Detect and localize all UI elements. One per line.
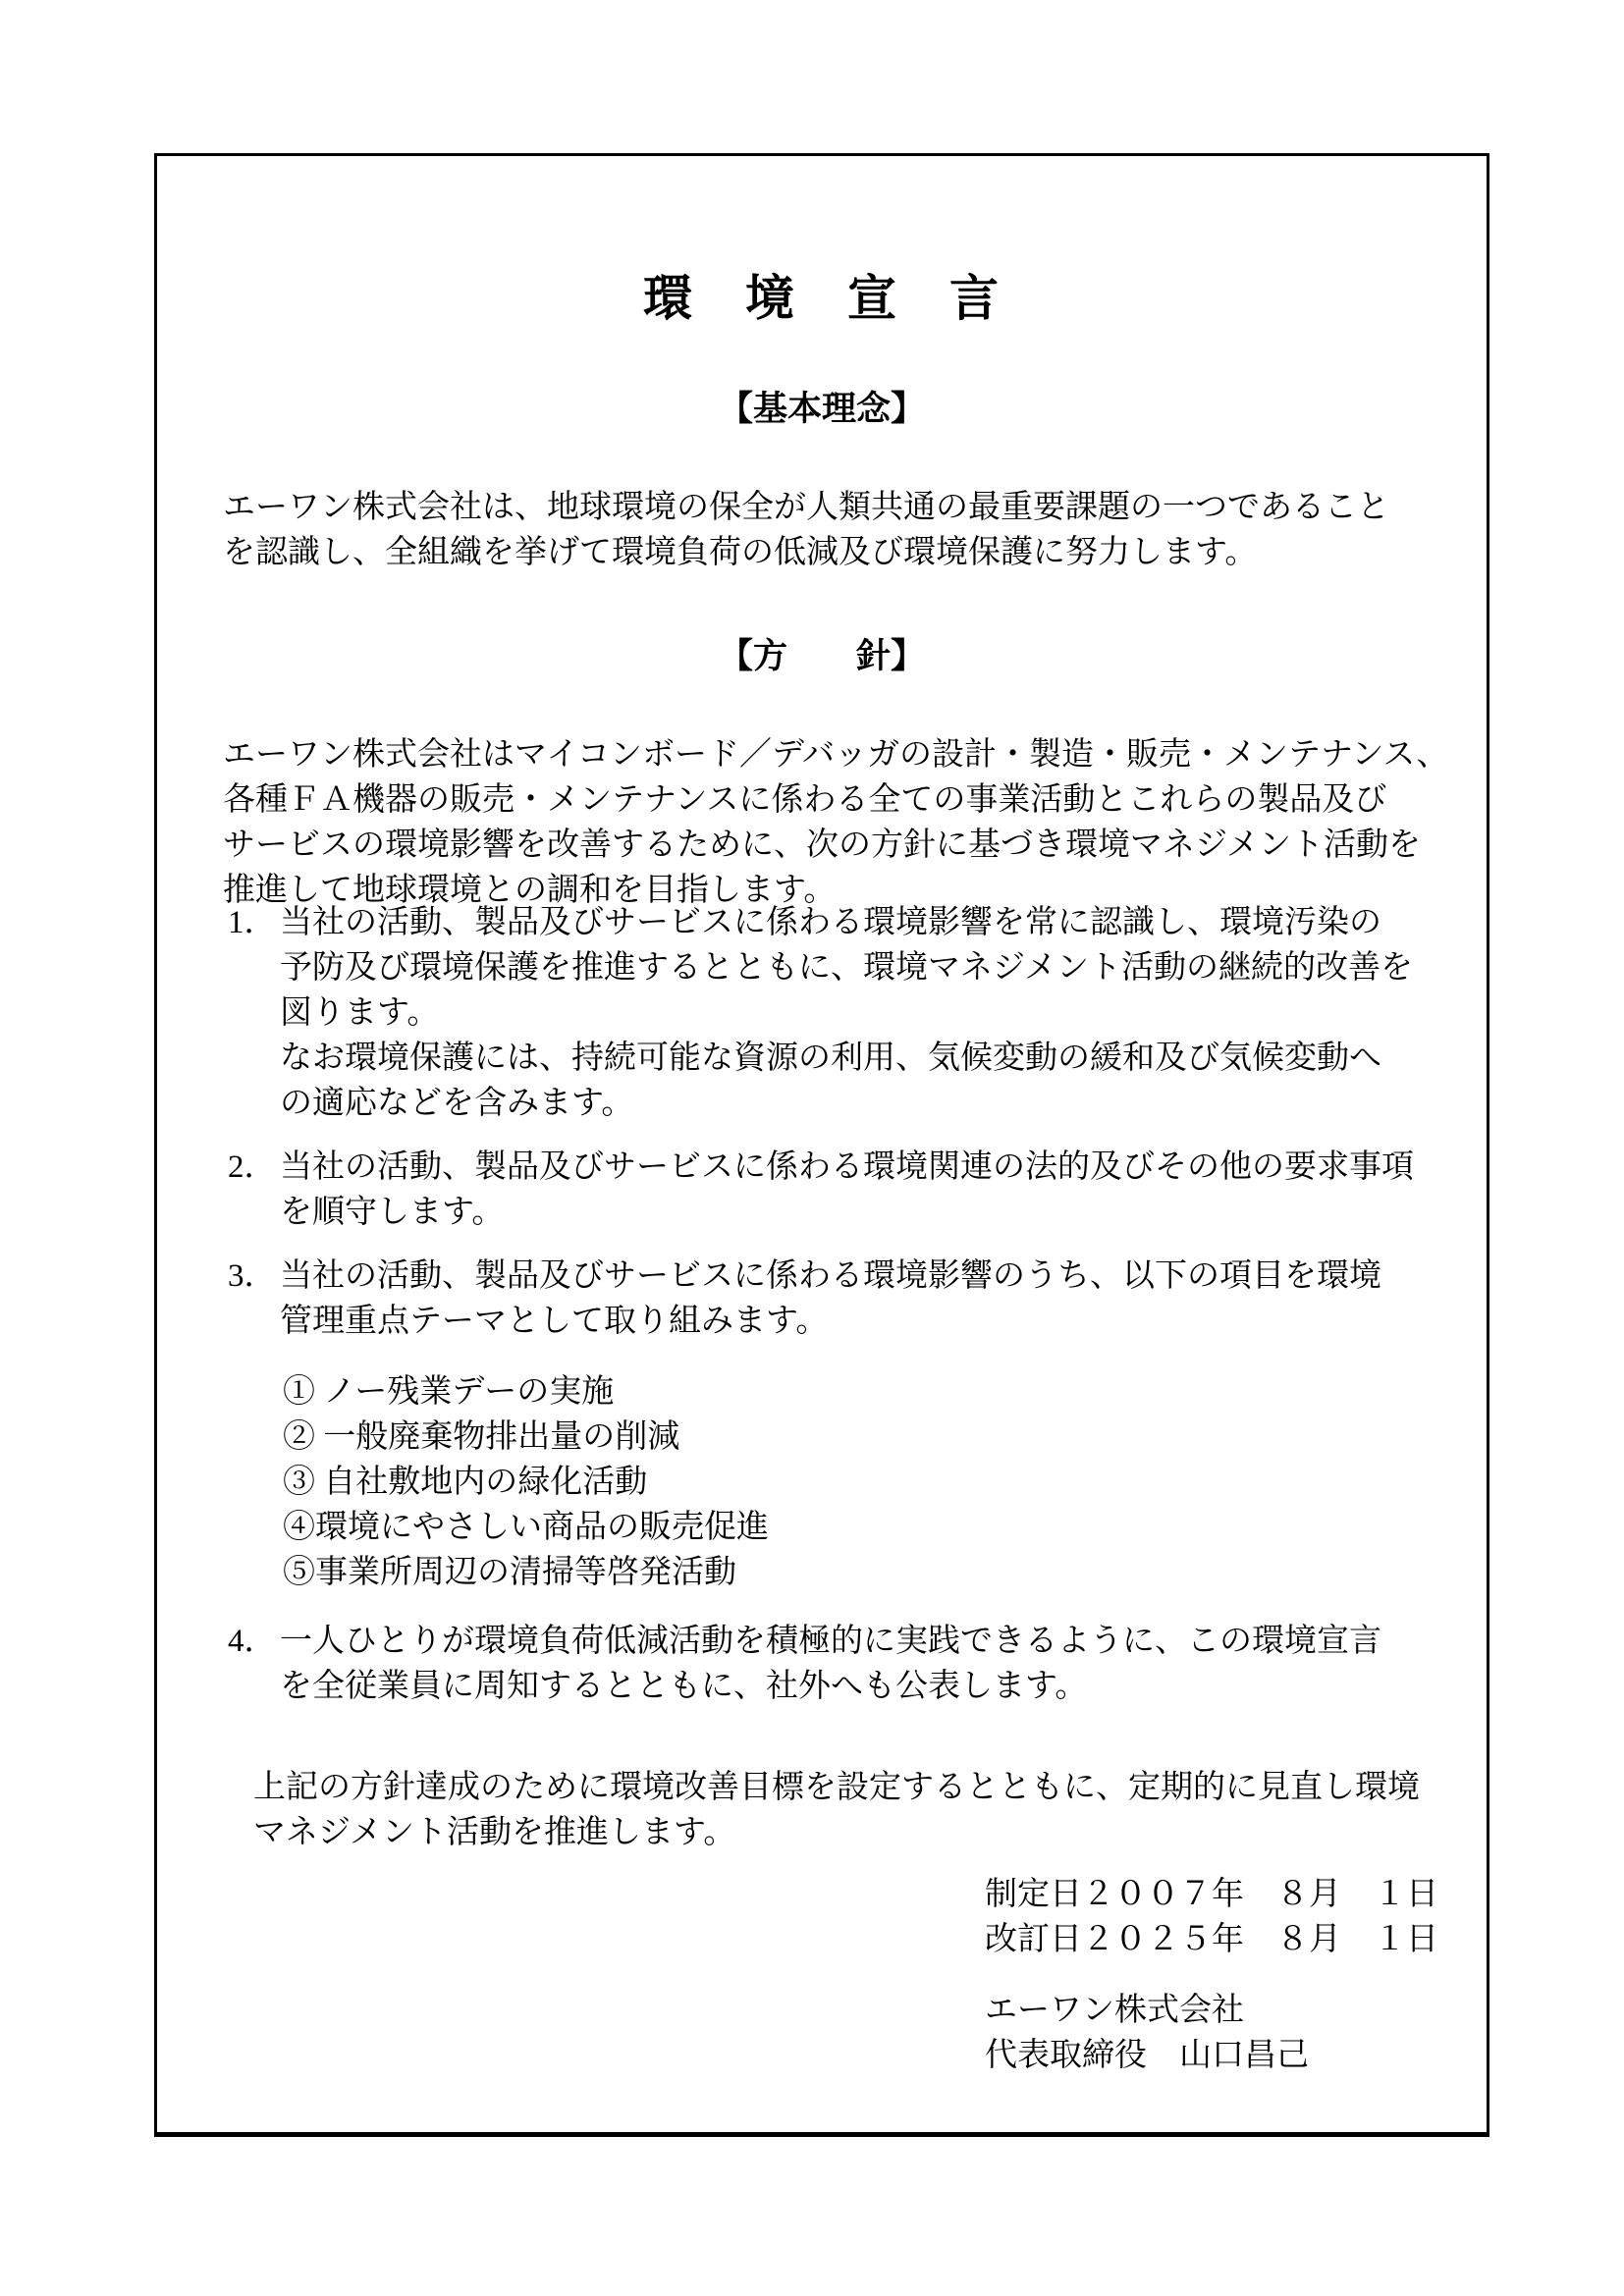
representative-name: 代表取締役 山口昌己	[985, 2033, 1309, 2078]
policy-item-3-number: 3．	[228, 1254, 280, 1299]
policy-item-1: 1． 当社の活動、製品及びサービスに係わる環境影響を常に認識し、環境汚染の 予防…	[228, 900, 1455, 1126]
revised-date: 改訂日２０２５年 ８月 １日	[985, 1917, 1438, 1962]
policy-item-2: 2． 当社の活動、製品及びサービスに係わる環境関連の法的及びその他の要求事項 を…	[228, 1145, 1455, 1235]
focus-item-3: ③ 自社敷地内の緑化活動	[283, 1460, 1363, 1505]
policy-item-3: 3． 当社の活動、製品及びサービスに係わる環境影響のうち、以下の項目を環境 管理…	[228, 1254, 1455, 1344]
policy-intro-paragraph: エーワン株式会社はマイコンボード／デバッガの設計・製造・販売・メンテナンス、 各…	[223, 732, 1470, 913]
policy-item-3-text: 当社の活動、製品及びサービスに係わる環境影響のうち、以下の項目を環境 管理重点テ…	[280, 1254, 1455, 1344]
document-page: 環 境 宣 言 【基本理念】 エーワン株式会社は、地球環境の保全が人類共通の最重…	[0, 0, 1624, 2296]
principle-paragraph: エーワン株式会社は、地球環境の保全が人類共通の最重要課題の一つであること を認識…	[223, 485, 1470, 575]
focus-item-2: ② 一般廃棄物排出量の削減	[283, 1415, 1363, 1460]
policy-heading: 【方 針】	[154, 632, 1489, 681]
policy-item-1-text: 当社の活動、製品及びサービスに係わる環境影響を常に認識し、環境汚染の 予防及び環…	[280, 900, 1455, 1126]
document-title: 環 境 宣 言	[154, 267, 1489, 330]
policy-item-4-text: 一人ひとりが環境負荷低減活動を積極的に実践できるように、この環境宣言 を全従業員…	[280, 1619, 1455, 1709]
company-name: エーワン株式会社	[985, 1988, 1309, 2033]
policy-item-4: 4． 一人ひとりが環境負荷低減活動を積極的に実践できるように、この環境宣言 を全…	[228, 1619, 1455, 1709]
date-block: 制定日２００７年 ８月 １日 改訂日２０２５年 ８月 １日	[985, 1872, 1438, 1962]
established-date: 制定日２００７年 ８月 １日	[985, 1872, 1438, 1917]
policy-item-1-number: 1．	[228, 900, 280, 945]
principle-heading: 【基本理念】	[154, 385, 1489, 434]
policy-item-4-number: 4．	[228, 1619, 280, 1664]
focus-item-1: ① ノー残業デーの実施	[283, 1369, 1363, 1415]
policy-item-2-number: 2．	[228, 1145, 280, 1190]
focus-item-4: ④環境にやさしい商品の販売促進	[283, 1505, 1363, 1550]
policy-item-2-text: 当社の活動、製品及びサービスに係わる環境関連の法的及びその他の要求事項 を順守し…	[280, 1145, 1455, 1235]
focus-theme-list: ① ノー残業デーの実施 ② 一般廃棄物排出量の削減 ③ 自社敷地内の緑化活動 ④…	[283, 1369, 1363, 1595]
signature-block: エーワン株式会社 代表取締役 山口昌己	[985, 1988, 1309, 2078]
focus-item-5: ⑤事業所周辺の清掃等啓発活動	[283, 1550, 1363, 1595]
closing-paragraph: 上記の方針達成のために環境改善目標を設定するとともに、定期的に見直し環境 マネジ…	[253, 1765, 1471, 1855]
